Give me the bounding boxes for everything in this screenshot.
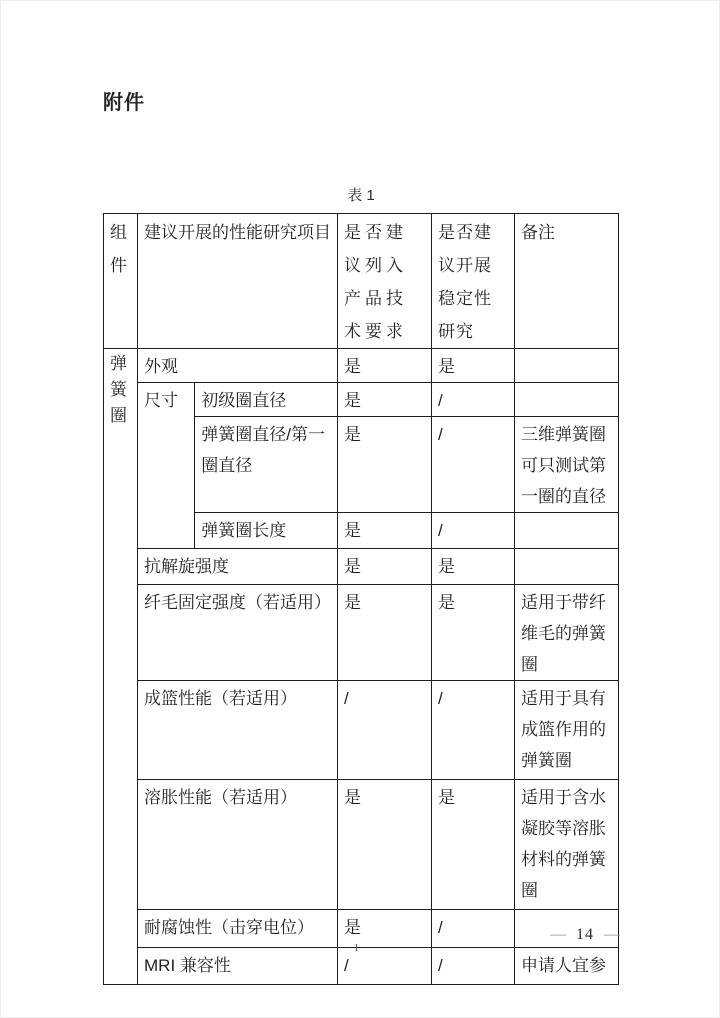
cell-remark: 适用于带纤维毛的弹簧圈: [515, 585, 619, 681]
table-row: MRI 兼容性 / / 申请人宜参: [104, 948, 619, 985]
attachment-label: 附件: [103, 86, 145, 115]
table-row: 纤毛固定强度（若适用） 是 是 适用于带纤维毛的弹簧圈: [104, 585, 619, 681]
page-number-dash-right: —: [604, 926, 620, 943]
cell-item: 成篮性能（若适用）: [138, 681, 338, 780]
table-row: 尺寸 初级圈直径 是 /: [104, 383, 619, 417]
cell-tech: /: [338, 948, 432, 985]
cell-item: 耐腐蚀性（击穿电位）: [138, 910, 338, 948]
cell-remark: [515, 349, 619, 383]
cell-remark: 申请人宜参: [515, 948, 619, 985]
footnote-mark: 1: [354, 943, 359, 954]
table-row: 弹簧圈 外观 是 是: [104, 349, 619, 383]
cell-stab: 是: [432, 349, 515, 383]
header-stability-study: 是否建议开展稳定性研究: [432, 214, 515, 349]
cell-remark: [515, 513, 619, 549]
cell-remark: [515, 383, 619, 417]
cell-item: 抗解旋强度: [138, 549, 338, 585]
cell-stab: /: [432, 681, 515, 780]
header-remark: 备注: [515, 214, 619, 349]
table-caption: 表 1: [103, 184, 619, 205]
cell-remark: 三维弹簧圈可只测试第一圈的直径: [515, 417, 619, 513]
cell-tech: 是: [338, 513, 432, 549]
cell-remark: [515, 549, 619, 585]
header-research-item: 建议开展的性能研究项目: [138, 214, 338, 349]
cell-item: 初级圈直径: [195, 383, 338, 417]
cell-tech: 是: [338, 549, 432, 585]
table-row: 成篮性能（若适用） / / 适用于具有成篮作用的弹簧圈: [104, 681, 619, 780]
cell-item: MRI 兼容性: [138, 948, 338, 985]
cell-component-group: 弹簧圈: [104, 349, 138, 985]
cell-tech: 是: [338, 383, 432, 417]
cell-size-group: 尺寸: [138, 383, 195, 549]
cell-stab: /: [432, 948, 515, 985]
cell-tech: 是: [338, 780, 432, 910]
table-row: 抗解旋强度 是 是: [104, 549, 619, 585]
cell-stab: /: [432, 417, 515, 513]
cell-item: 弹簧圈长度: [195, 513, 338, 549]
header-component: 组件: [104, 214, 138, 349]
performance-research-table: 组件 建议开展的性能研究项目 是否建议列入产品技术要求 是否建议开展稳定性研究 …: [103, 213, 619, 985]
page-number: —14—: [470, 926, 620, 944]
document-page: 附件 表 1 组件 建议开展的性能研究项目 是否建议列入产品技术要求 是否建议开…: [0, 0, 720, 1018]
cell-stab: 是: [432, 780, 515, 910]
cell-item: 纤毛固定强度（若适用）: [138, 585, 338, 681]
header-include-tech-req: 是否建议列入产品技术要求: [338, 214, 432, 349]
cell-tech: /: [338, 681, 432, 780]
cell-stab: /: [432, 383, 515, 417]
cell-stab: /: [432, 513, 515, 549]
cell-tech: 是: [338, 349, 432, 383]
cell-item: 外观: [138, 349, 338, 383]
cell-tech: 是: [338, 910, 432, 948]
cell-item: 弹簧圈直径/第一圈直径: [195, 417, 338, 513]
cell-stab: 是: [432, 549, 515, 585]
table-row: 溶胀性能（若适用） 是 是 适用于含水凝胶等溶胀材料的弹簧圈: [104, 780, 619, 910]
cell-stab: 是: [432, 585, 515, 681]
table-header-row: 组件 建议开展的性能研究项目 是否建议列入产品技术要求 是否建议开展稳定性研究 …: [104, 214, 619, 349]
cell-tech: 是: [338, 585, 432, 681]
cell-remark: 适用于具有成篮作用的弹簧圈: [515, 681, 619, 780]
page-number-dash-left: —: [550, 926, 566, 943]
cell-item: 溶胀性能（若适用）: [138, 780, 338, 910]
page-number-value: 14: [566, 926, 604, 943]
cell-tech: 是: [338, 417, 432, 513]
cell-remark: 适用于含水凝胶等溶胀材料的弹簧圈: [515, 780, 619, 910]
